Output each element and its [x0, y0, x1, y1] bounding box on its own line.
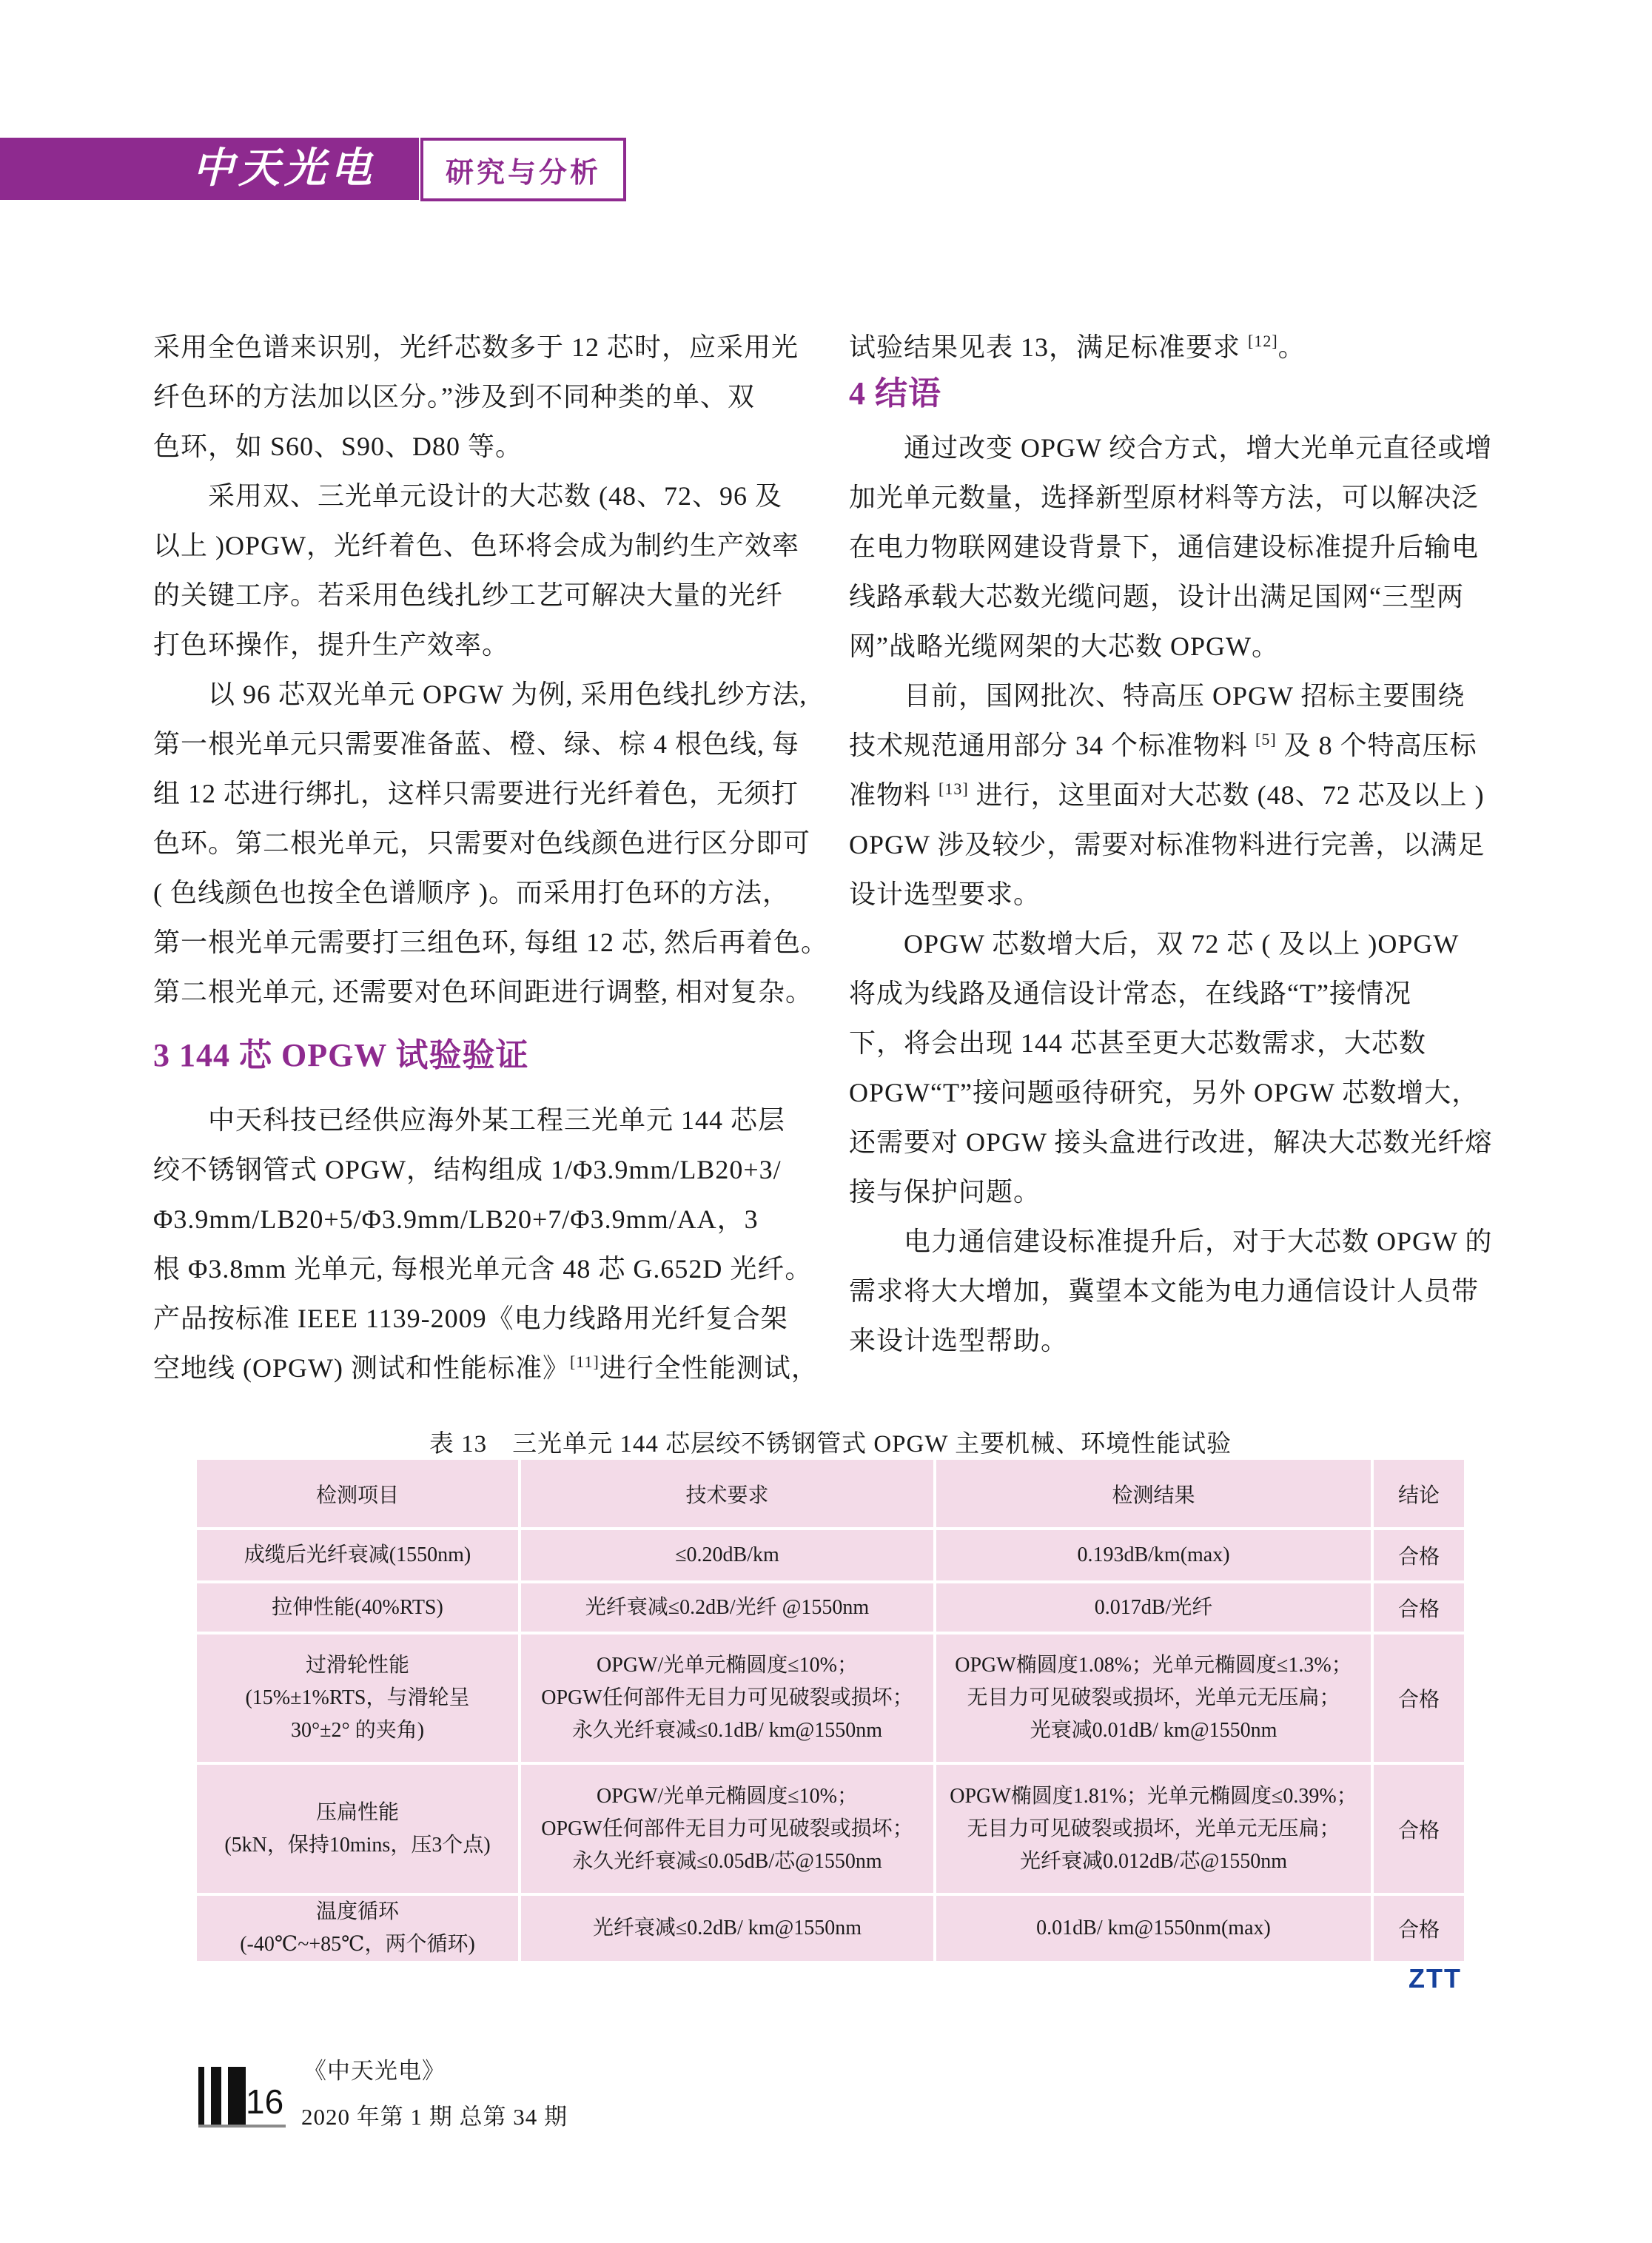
cell-line: 拉伸性能(40%RTS) — [201, 1592, 514, 1624]
text-line: OPGW“T”接问题亟待研究，另外 OPGW 芯数增大， — [849, 1068, 1460, 1118]
cell-line: OPGW任何部件无目力可见破裂或损坏； — [526, 1682, 929, 1714]
table-cell-result: 0.01dB/ km@1550nm(max) — [936, 1896, 1371, 1961]
paragraph-block: 试验结果见表 13，满足标准要求 [12]。 — [849, 323, 1460, 372]
cell-line: (5kN，保持10mins，压3个点) — [201, 1829, 514, 1862]
text-line: 加光单元数量，选择新型原材料等方法，可以解决泛 — [849, 473, 1460, 523]
table-cell-conclusion: 合格 — [1374, 1530, 1464, 1580]
cell-line: 0.193dB/km(max) — [941, 1539, 1366, 1572]
text-line: 将成为线路及通信设计常态，在线路“T”接情况 — [849, 969, 1460, 1019]
text-line: 色环，如 S60、S90、D80 等。 — [153, 422, 805, 472]
text-line: 纤色环的方法加以区分。”涉及到不同种类的单、双 — [153, 372, 805, 422]
text-line: 设计选型要求。 — [849, 870, 1460, 919]
table-cell-requirement: ≤0.20dB/km — [521, 1530, 933, 1580]
cell-line: 光衰减0.01dB/ km@1550nm — [941, 1714, 1366, 1747]
footnote-ref: [11] — [570, 1352, 600, 1371]
table-row: 成缆后光纤衰减(1550nm)≤0.20dB/km0.193dB/km(max)… — [197, 1530, 1464, 1580]
text-line: 第一根光单元需要打三组色环, 每组 12 芯, 然后再着色。 — [153, 918, 805, 968]
text-line: 接与保护问题。 — [849, 1167, 1460, 1217]
text-line: ( 色线颜色也按全色谱顺序 )。而采用打色环的方法， — [153, 868, 805, 918]
table-header-cell: 检测结果 — [936, 1460, 1371, 1527]
ztt-logo: ZTT — [1408, 1963, 1462, 1994]
text-line: 来设计选型帮助。 — [849, 1316, 1460, 1366]
table-row: 拉伸性能(40%RTS)光纤衰减≤0.2dB/光纤 @1550nm0.017dB… — [197, 1583, 1464, 1632]
text-line: 的关键工序。若采用色线扎纱工艺可解决大量的光纤 — [153, 571, 805, 620]
cell-line: ≤0.20dB/km — [526, 1539, 929, 1572]
cell-line: 成缆后光纤衰减(1550nm) — [201, 1539, 514, 1572]
text-line: 打色环操作，提升生产效率。 — [153, 620, 805, 670]
table-cell-conclusion: 合格 — [1374, 1583, 1464, 1632]
cell-line: 光纤衰减0.012dB/芯@1550nm — [941, 1845, 1366, 1878]
cell-line: (-40℃~+85℃，两个循环) — [201, 1928, 514, 1961]
table-header-cell: 结论 — [1374, 1460, 1464, 1527]
table-row: 温度循环(-40℃~+85℃，两个循环)光纤衰减≤0.2dB/ km@1550n… — [197, 1896, 1464, 1961]
section-tab-label: 研究与分析 — [446, 150, 601, 190]
text-line: 产品按标准 IEEE 1139-2009《电力线路用光纤复合架 — [153, 1294, 805, 1344]
cell-line: 光纤衰减≤0.2dB/光纤 @1550nm — [526, 1592, 929, 1624]
text-line: 准物料 [13] 进行，这里面对大芯数 (48、72 芯及以上 ) — [849, 771, 1460, 820]
text-line: 需求将大大增加，冀望本文能为电力通信设计人员带 — [849, 1267, 1460, 1316]
table-header-cell: 检测项目 — [197, 1460, 518, 1527]
table-row: 压扁性能(5kN，保持10mins，压3个点)OPGW/光单元椭圆度≤10%；O… — [197, 1765, 1464, 1893]
table-cell-requirement: 光纤衰减≤0.2dB/光纤 @1550nm — [521, 1583, 933, 1632]
magazine-name: 《中天光电》 — [303, 2052, 446, 2085]
masthead-bar: 中天光电 — [0, 138, 419, 200]
table-cell-result: 0.017dB/光纤 — [936, 1583, 1371, 1632]
text-line: 线路承载大芯数光缆问题，设计出满足国网“三型两 — [849, 572, 1460, 622]
cell-line: 30°±2° 的夹角) — [201, 1714, 514, 1747]
cell-line: (15%±1%RTS，与滑轮呈 — [201, 1682, 514, 1714]
table-cell-requirement: OPGW/光单元椭圆度≤10%；OPGW任何部件无目力可见破裂或损坏；永久光纤衰… — [521, 1635, 933, 1762]
cell-line: 0.017dB/光纤 — [941, 1592, 1366, 1624]
cell-line: OPGW椭圆度1.08%；光单元椭圆度≤1.3%； — [941, 1649, 1366, 1682]
text-line: 下，将会出现 144 芯甚至更大芯数需求，大芯数 — [849, 1019, 1460, 1068]
section-heading-4: 4 结语 — [849, 372, 1460, 415]
page-number: 16 — [246, 2082, 283, 2122]
footnote-ref: [12] — [1248, 332, 1278, 350]
table-header-cell: 技术要求 — [521, 1460, 933, 1527]
table-cell-conclusion: 合格 — [1374, 1765, 1464, 1893]
table-cell-item: 温度循环(-40℃~+85℃，两个循环) — [197, 1896, 518, 1961]
table-cell-conclusion: 合格 — [1374, 1896, 1464, 1961]
text-line: 以 96 芯双光单元 OPGW 为例, 采用色线扎纱方法, — [153, 670, 805, 720]
right-column: 试验结果见表 13，满足标准要求 [12]。 4 结语 通过改变 OPGW 绞合… — [849, 323, 1460, 1366]
text-line: 网”战略光缆网架的大芯数 OPGW。 — [849, 622, 1460, 671]
text-line: 通过改变 OPGW 绞合方式，增大光单元直径或增 — [849, 423, 1460, 473]
table-cell-item: 压扁性能(5kN，保持10mins，压3个点) — [197, 1765, 518, 1893]
cell-line: 0.01dB/ km@1550nm(max) — [941, 1912, 1366, 1945]
table-header-row: 检测项目技术要求检测结果结论 — [197, 1460, 1464, 1527]
cell-line: 无目力可见破裂或损坏，光单元无压扁； — [941, 1813, 1366, 1845]
text-line: 试验结果见表 13，满足标准要求 [12]。 — [849, 323, 1460, 372]
magazine-page: { "colors": { "accent_purple": "#8e2a8f"… — [0, 0, 1652, 2243]
section-tab: 研究与分析 — [420, 138, 626, 201]
text-line: 绞不锈钢管式 OPGW，结构组成 1/Φ3.9mm/LB20+3/ — [153, 1145, 805, 1195]
cell-line: 永久光纤衰减≤0.1dB/ km@1550nm — [526, 1714, 929, 1747]
table-cell-result: OPGW椭圆度1.81%；光单元椭圆度≤0.39%；无目力可见破裂或损坏，光单元… — [936, 1765, 1371, 1893]
paragraph-block: 中天科技已经供应海外某工程三光单元 144 芯层绞不锈钢管式 OPGW，结构组成… — [153, 1096, 805, 1393]
cell-line: 过滑轮性能 — [201, 1649, 514, 1682]
text-line: 第一根光单元只需要准备蓝、橙、绿、棕 4 根色线, 每 — [153, 720, 805, 769]
cell-line: OPGW椭圆度1.81%；光单元椭圆度≤0.39%； — [941, 1780, 1366, 1813]
table-cell-result: OPGW椭圆度1.08%；光单元椭圆度≤1.3%；无目力可见破裂或损坏，光单元无… — [936, 1635, 1371, 1762]
text-line: 色环。第二根光单元，只需要对色线颜色进行区分即可 — [153, 819, 805, 868]
magazine-logo: 中天光电 — [192, 148, 419, 190]
table-cell-item: 过滑轮性能(15%±1%RTS，与滑轮呈30°±2° 的夹角) — [197, 1635, 518, 1762]
text-line: 以上 )OPGW，光纤着色、色环将会成为制约生产效率 — [153, 521, 805, 571]
text-line: 空地线 (OPGW) 测试和性能标准》[11]进行全性能测试， — [153, 1344, 805, 1393]
text-line: 还需要对 OPGW 接头盒进行改进，解决大芯数光纤熔 — [849, 1118, 1460, 1167]
text-line: 根 Φ3.8mm 光单元, 每根光单元含 48 芯 G.652D 光纤。 — [153, 1244, 805, 1294]
paragraph-block: 采用全色谱来识别，光纤芯数多于 12 芯时，应采用光纤色环的方法加以区分。”涉及… — [153, 323, 805, 1017]
footnote-ref: [5] — [1255, 730, 1277, 748]
cell-line: 无目力可见破裂或损坏，光单元无压扁； — [941, 1682, 1366, 1714]
text-line: 目前，国网批次、特高压 OPGW 招标主要围绕 — [849, 671, 1460, 721]
text-line: Φ3.9mm/LB20+5/Φ3.9mm/LB20+7/Φ3.9mm/AA，3 — [153, 1195, 805, 1244]
cell-line: OPGW/光单元椭圆度≤10%； — [526, 1780, 929, 1813]
table-cell-result: 0.193dB/km(max) — [936, 1530, 1371, 1580]
text-line: 第二根光单元, 还需要对色环间距进行调整, 相对复杂。 — [153, 968, 805, 1017]
footer-rule — [198, 2125, 286, 2128]
performance-table: 检测项目技术要求检测结果结论成缆后光纤衰减(1550nm)≤0.20dB/km0… — [194, 1457, 1467, 1964]
table-row: 过滑轮性能(15%±1%RTS，与滑轮呈30°±2° 的夹角)OPGW/光单元椭… — [197, 1635, 1464, 1762]
cell-line: OPGW/光单元椭圆度≤10%； — [526, 1649, 929, 1682]
cell-line: OPGW任何部件无目力可见破裂或损坏； — [526, 1813, 929, 1845]
table-caption: 表 13 三光单元 144 芯层绞不锈钢管式 OPGW 主要机械、环境性能试验 — [194, 1424, 1467, 1459]
footnote-ref: [13] — [939, 779, 969, 798]
table-cell-conclusion: 合格 — [1374, 1635, 1464, 1762]
cell-line: 温度循环 — [201, 1896, 514, 1928]
table-cell-requirement: 光纤衰减≤0.2dB/ km@1550nm — [521, 1896, 933, 1961]
table-cell-item: 成缆后光纤衰减(1550nm) — [197, 1530, 518, 1580]
issue-info: 2020 年第 1 期 总第 34 期 — [301, 2098, 568, 2131]
text-line: OPGW 芯数增大后，双 72 芯 ( 及以上 )OPGW — [849, 919, 1460, 969]
text-line: 技术规范通用部分 34 个标准物料 [5] 及 8 个特高压标 — [849, 721, 1460, 771]
text-line: 在电力物联网建设背景下，通信建设标准提升后输电 — [849, 523, 1460, 572]
text-line: 中天科技已经供应海外某工程三光单元 144 芯层 — [153, 1096, 805, 1145]
text-line: 采用全色谱来识别，光纤芯数多于 12 芯时，应采用光 — [153, 323, 805, 372]
cell-line: 光纤衰减≤0.2dB/ km@1550nm — [526, 1912, 929, 1945]
table-cell-requirement: OPGW/光单元椭圆度≤10%；OPGW任何部件无目力可见破裂或损坏；永久光纤衰… — [521, 1765, 933, 1893]
text-line: OPGW 涉及较少，需要对标准物料进行完善，以满足 — [849, 820, 1460, 870]
table-cell-item: 拉伸性能(40%RTS) — [197, 1583, 518, 1632]
text-line: 电力通信建设标准提升后，对于大芯数 OPGW 的 — [849, 1217, 1460, 1267]
paragraph-block: 通过改变 OPGW 绞合方式，增大光单元直径或增加光单元数量，选择新型原材料等方… — [849, 423, 1460, 1366]
section-heading-3: 3 144 芯 OPGW 试验验证 — [153, 1034, 805, 1076]
text-line: 组 12 芯进行绑扎，这样只需要进行光纤着色，无须打 — [153, 769, 805, 819]
text-line: 采用双、三光单元设计的大芯数 (48、72、96 及 — [153, 472, 805, 521]
cell-line: 压扁性能 — [201, 1797, 514, 1829]
cell-line: 永久光纤衰减≤0.05dB/芯@1550nm — [526, 1845, 929, 1878]
left-column: 采用全色谱来识别，光纤芯数多于 12 芯时，应采用光纤色环的方法加以区分。”涉及… — [153, 323, 805, 1393]
